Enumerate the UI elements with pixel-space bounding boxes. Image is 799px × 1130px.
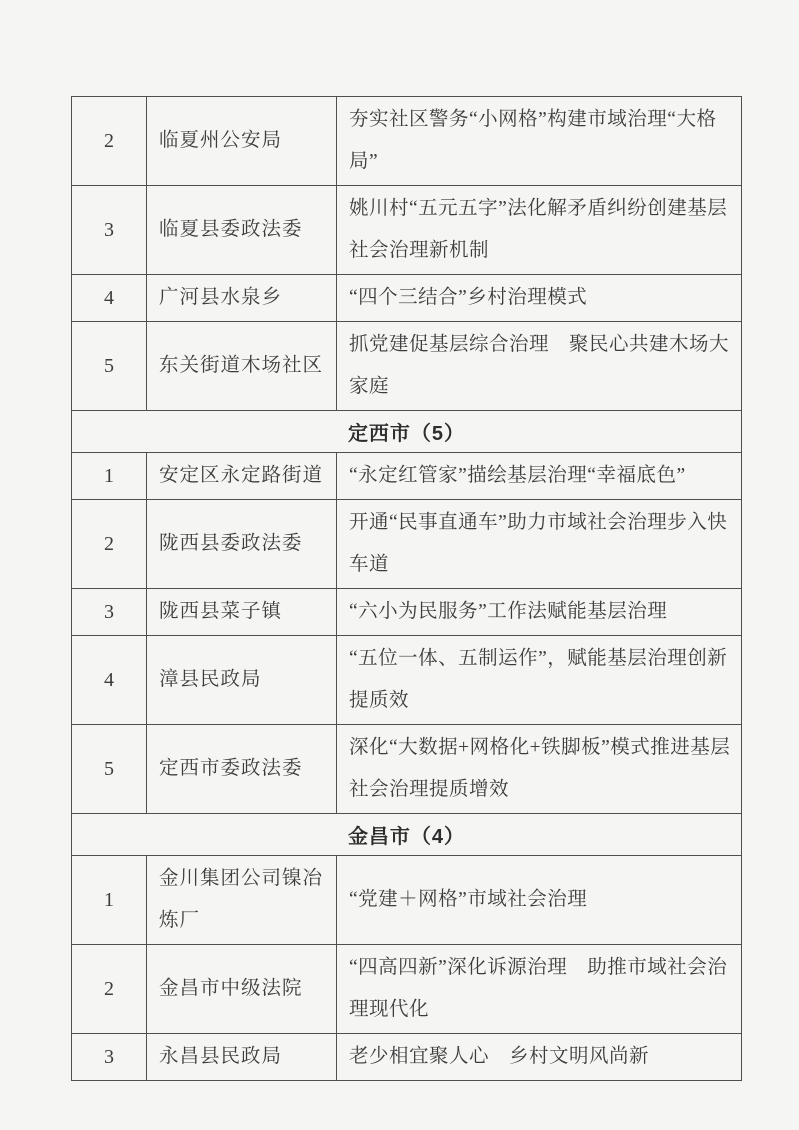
table-row: 5 定西市委政法委 深化“大数据+网格化+铁脚板”模式推进基层社会治理提质增效 (72, 725, 742, 814)
title-cell: 抓党建促基层综合治理 聚民心共建木场大家庭 (337, 322, 742, 411)
unit-cell: 临夏县委政法委 (147, 186, 337, 275)
table-row: 3 临夏县委政法委 姚川村“五元五字”法化解矛盾纠纷创建基层社会治理新机制 (72, 186, 742, 275)
row-index-cell: 5 (72, 322, 147, 411)
title-cell: “五位一体、五制运作”，赋能基层治理创新提质效 (337, 636, 742, 725)
unit-cell: 广河县水泉乡 (147, 275, 337, 322)
unit-cell: 东关街道木场社区 (147, 322, 337, 411)
table-row: 5 东关街道木场社区 抓党建促基层综合治理 聚民心共建木场大家庭 (72, 322, 742, 411)
unit-cell: 临夏州公安局 (147, 97, 337, 186)
row-index-cell: 1 (72, 856, 147, 945)
row-index-cell: 3 (72, 186, 147, 275)
table-row: 2 金昌市中级法院 “四高四新”深化诉源治理 助推市域社会治理现代化 (72, 945, 742, 1034)
title-cell: 深化“大数据+网格化+铁脚板”模式推进基层社会治理提质增效 (337, 725, 742, 814)
table-row: 3 陇西县菜子镇 “六小为民服务”工作法赋能基层治理 (72, 589, 742, 636)
table-row: 4 漳县民政局 “五位一体、五制运作”，赋能基层治理创新提质效 (72, 636, 742, 725)
row-index-cell: 1 (72, 453, 147, 500)
unit-cell: 金川集团公司镍冶炼厂 (147, 856, 337, 945)
table-row: 2 临夏州公安局 夯实社区警务“小网格”构建市域治理“大格局” (72, 97, 742, 186)
title-cell: 老少相宜聚人心 乡村文明风尚新 (337, 1034, 742, 1081)
row-index-cell: 4 (72, 275, 147, 322)
row-index-cell: 2 (72, 945, 147, 1034)
table-row: 1 安定区永定路街道 “永定红管家”描绘基层治理“幸福底色” (72, 453, 742, 500)
row-index-cell: 3 (72, 1034, 147, 1081)
unit-cell: 安定区永定路街道 (147, 453, 337, 500)
document-page: 2 临夏州公安局 夯实社区警务“小网格”构建市域治理“大格局” 3 临夏县委政法… (0, 0, 799, 1130)
row-index-cell: 4 (72, 636, 147, 725)
row-index-cell: 2 (72, 500, 147, 589)
section-header-row: 金昌市（4） (72, 814, 742, 856)
table-row: 1 金川集团公司镍冶炼厂 “党建＋网格”市域社会治理 (72, 856, 742, 945)
unit-cell: 金昌市中级法院 (147, 945, 337, 1034)
section-header-cell: 金昌市（4） (72, 814, 742, 856)
title-cell: “永定红管家”描绘基层治理“幸福底色” (337, 453, 742, 500)
unit-cell: 陇西县委政法委 (147, 500, 337, 589)
table-row: 4 广河县水泉乡 “四个三结合”乡村治理模式 (72, 275, 742, 322)
title-cell: “六小为民服务”工作法赋能基层治理 (337, 589, 742, 636)
unit-cell: 定西市委政法委 (147, 725, 337, 814)
title-cell: 开通“民事直通车”助力市域社会治理步入快车道 (337, 500, 742, 589)
row-index-cell: 5 (72, 725, 147, 814)
title-cell: 姚川村“五元五字”法化解矛盾纠纷创建基层社会治理新机制 (337, 186, 742, 275)
title-cell: “党建＋网格”市域社会治理 (337, 856, 742, 945)
title-cell: “四个三结合”乡村治理模式 (337, 275, 742, 322)
row-index-cell: 2 (72, 97, 147, 186)
awards-table: 2 临夏州公安局 夯实社区警务“小网格”构建市域治理“大格局” 3 临夏县委政法… (71, 96, 742, 1081)
section-header-cell: 定西市（5） (72, 411, 742, 453)
unit-cell: 永昌县民政局 (147, 1034, 337, 1081)
table-row: 2 陇西县委政法委 开通“民事直通车”助力市域社会治理步入快车道 (72, 500, 742, 589)
unit-cell: 陇西县菜子镇 (147, 589, 337, 636)
title-cell: 夯实社区警务“小网格”构建市域治理“大格局” (337, 97, 742, 186)
unit-cell: 漳县民政局 (147, 636, 337, 725)
title-cell: “四高四新”深化诉源治理 助推市域社会治理现代化 (337, 945, 742, 1034)
table-row: 3 永昌县民政局 老少相宜聚人心 乡村文明风尚新 (72, 1034, 742, 1081)
section-header-row: 定西市（5） (72, 411, 742, 453)
row-index-cell: 3 (72, 589, 147, 636)
